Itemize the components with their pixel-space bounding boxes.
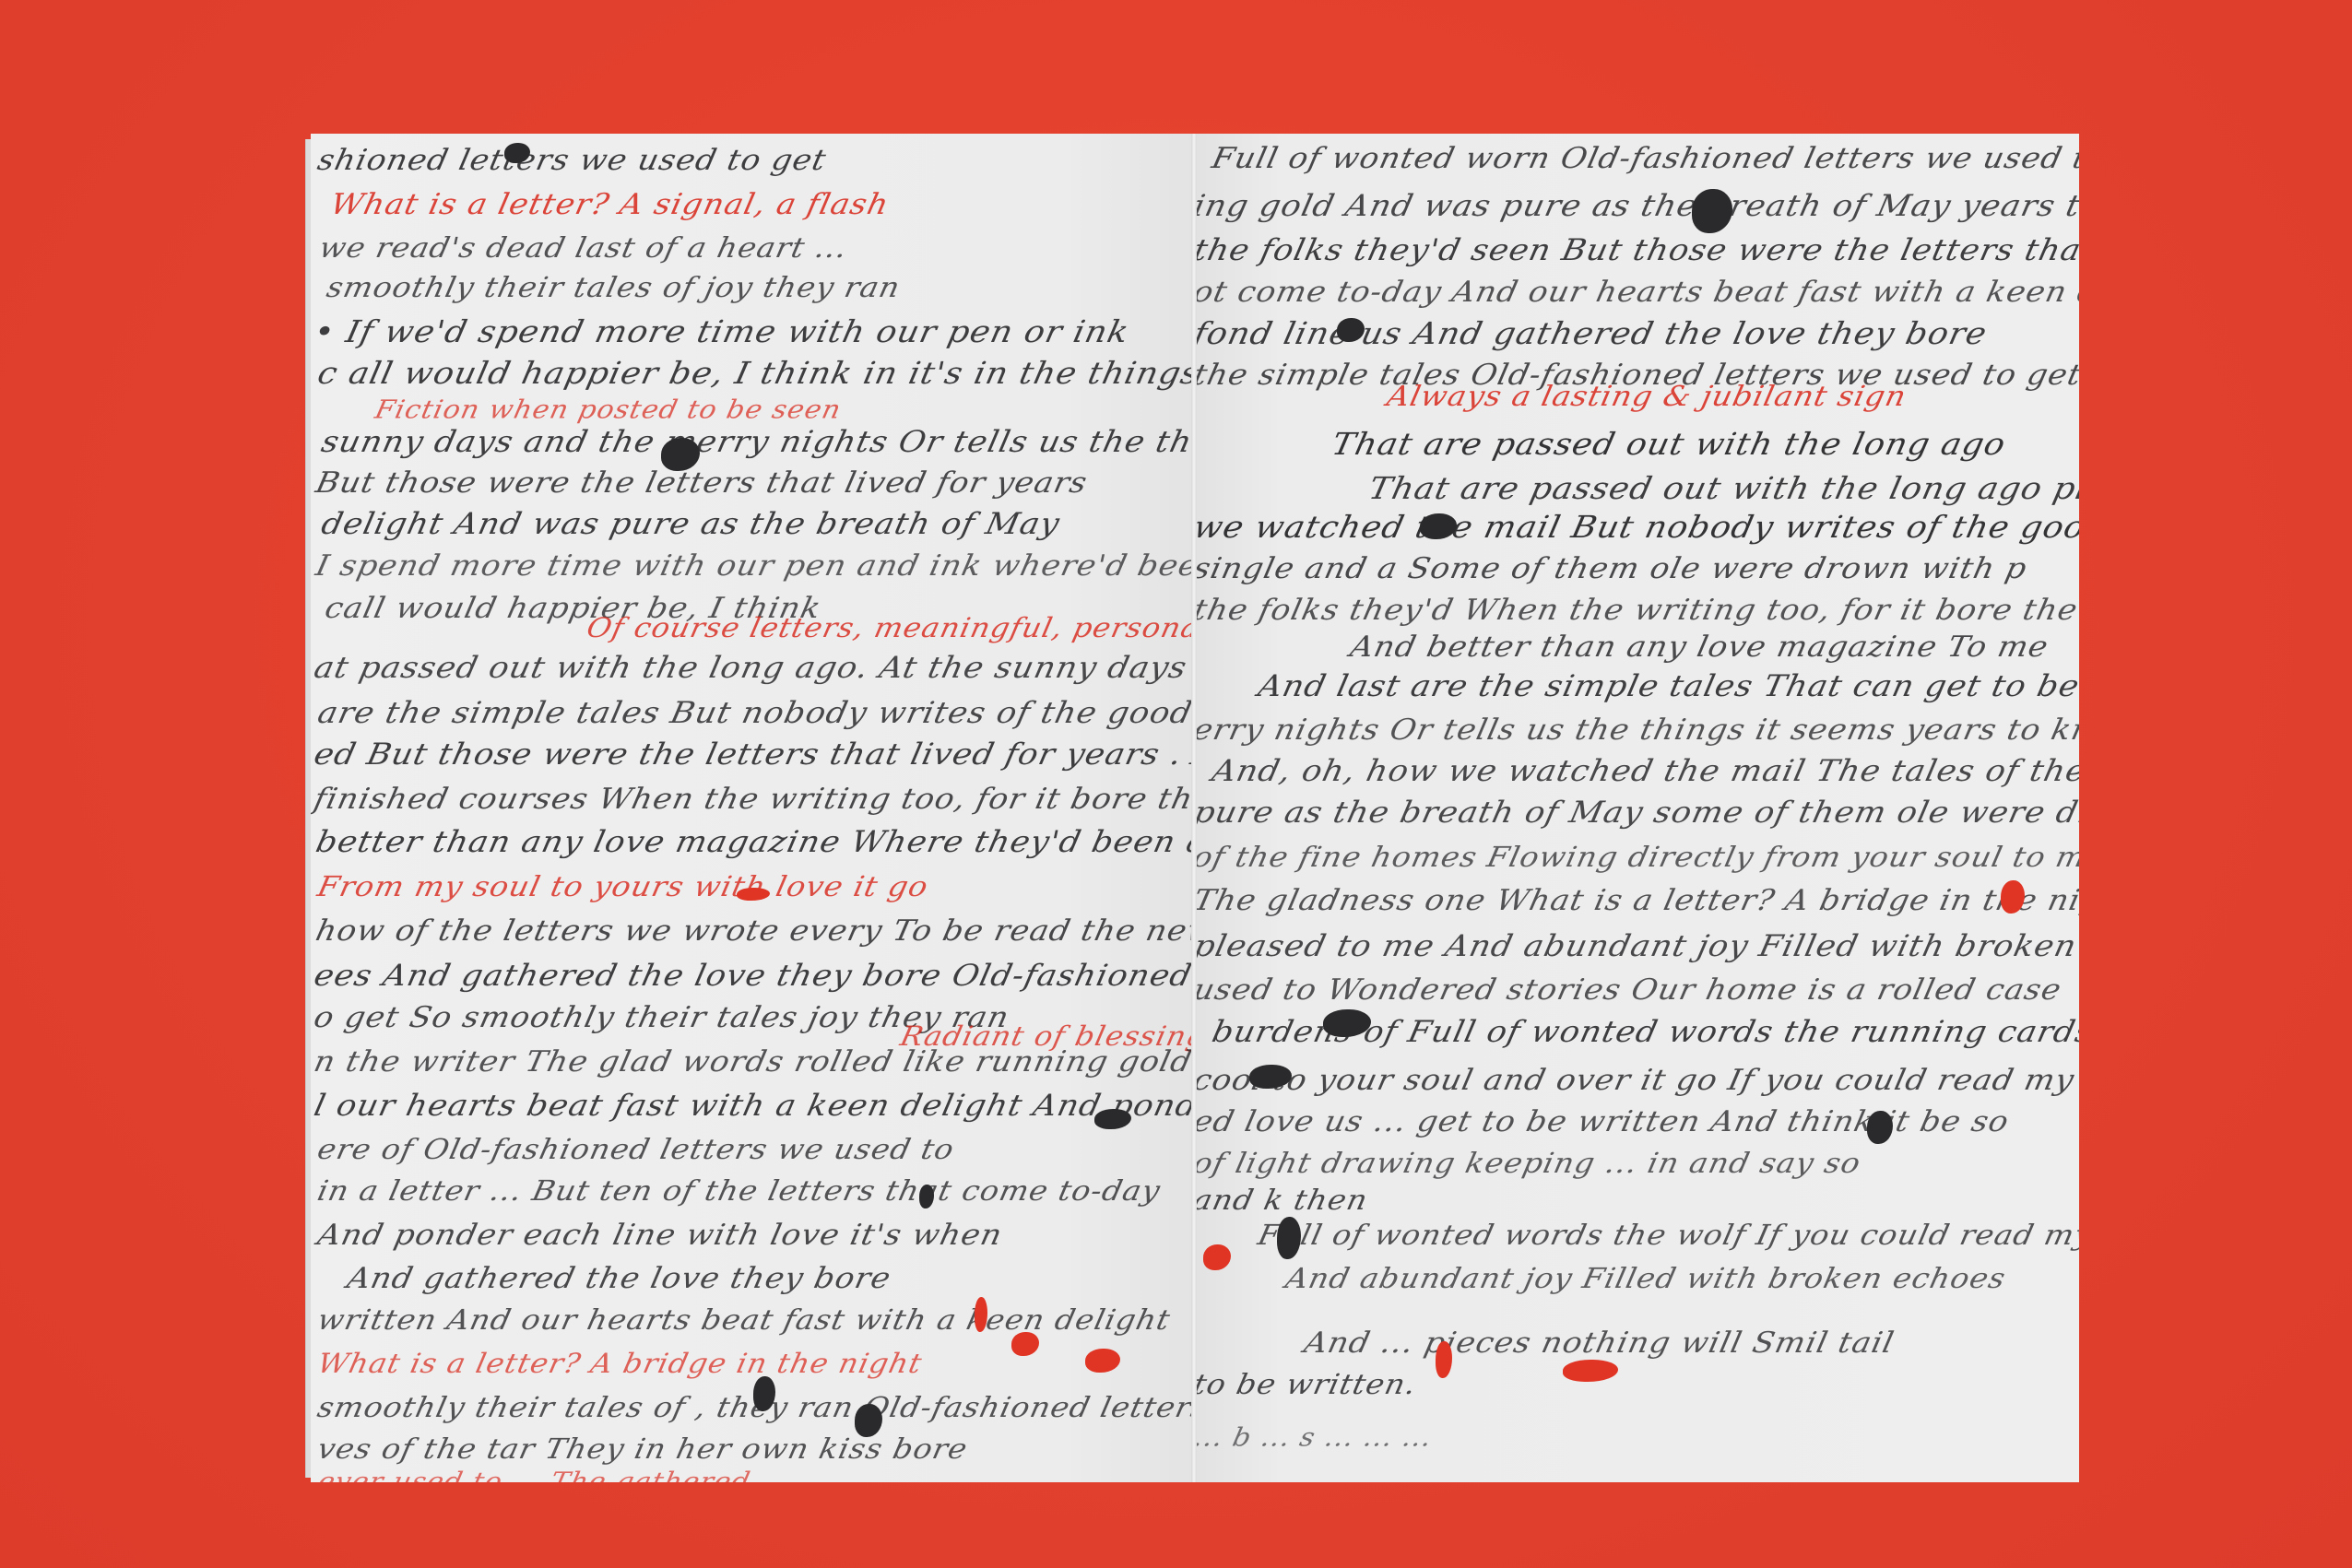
handwritten-line: single and a Some of them ole were drown… <box>1194 554 2030 583</box>
red-ink-blot <box>1563 1360 1618 1382</box>
black-ink-blot <box>1277 1217 1301 1259</box>
handwritten-line: the folks they'd When the writing too, f… <box>1194 595 2079 624</box>
handwritten-line: n the writer The glad words rolled like … <box>312 1047 1194 1076</box>
handwritten-line: ... b ... s ... ... ... <box>1194 1425 1435 1451</box>
handwritten-line: used to Wondered stories Our home is a r… <box>1194 975 2064 1004</box>
handwritten-line: better than any love magazine Where they… <box>313 828 1194 857</box>
left-page: shioned letters we used to getWhat is a … <box>311 134 1194 1482</box>
handwritten-line: What is a letter? A signal, a flash <box>328 190 892 218</box>
handwritten-line: l our hearts beat fast with a keen delig… <box>312 1091 1194 1121</box>
handwritten-line: And better than any love magazine To me <box>1348 632 2051 661</box>
handwritten-line: smoothly their tales of joy they ran <box>325 273 904 301</box>
handwritten-line: the folks they'd seen But those were the… <box>1194 236 2079 265</box>
handwritten-line: And ponder each line with love it's when <box>315 1220 1005 1249</box>
handwritten-line: we watched the mail But nobody writes of… <box>1194 513 2079 543</box>
handwritten-line: we read's dead last of a heart ... <box>317 233 850 261</box>
handwritten-line: What is a letter? A bridge in the night <box>315 1350 925 1376</box>
handwritten-line: Of course letters, meaningful, personal <box>585 614 1194 641</box>
handwritten-line: at passed out with the long ago. At the … <box>312 654 1194 683</box>
handwritten-line: And abundant joy Filled with broken echo… <box>1283 1264 2009 1291</box>
handwritten-line: Always a lasting & jubilant sign <box>1385 382 1909 409</box>
handwritten-line: written And our hearts beat fast with a … <box>315 1305 1174 1333</box>
handwritten-line: pleased to me And abundant joy Filled wi… <box>1194 932 2079 961</box>
handwritten-line: The gladness one What is a letter? A bri… <box>1194 886 2079 914</box>
handwritten-line: That are passed out with the long ago <box>1329 430 2008 460</box>
right-page: Full of wonted worn Old-fashioned letter… <box>1194 134 2079 1482</box>
red-ink-blot <box>1011 1332 1039 1356</box>
handwritten-line: Full of wonted words the wolf If you cou… <box>1256 1220 2079 1248</box>
center-gutter-fold <box>1191 134 1197 1482</box>
handwritten-line: I spend more time with our pen and ink w… <box>313 551 1194 580</box>
handwritten-line: to be written. <box>1194 1370 1419 1397</box>
handwritten-line: erry nights Or tells us the things it se… <box>1194 715 2079 744</box>
handwritten-line: of light drawing keeping ... in and say … <box>1194 1149 1863 1176</box>
handwritten-line: pure as the breath of May some of them o… <box>1194 798 2079 828</box>
handwritten-line: From my soul to yours with love it go <box>315 872 931 900</box>
handwritten-line: But those were the letters that lived fo… <box>313 468 1091 497</box>
red-ink-blot <box>1436 1341 1452 1378</box>
red-ink-blot <box>1203 1244 1231 1270</box>
handwritten-line: And gathered the love they bore <box>345 1264 894 1292</box>
black-ink-blot <box>1692 189 1732 233</box>
handwritten-line: are the simple tales But nobody writes o… <box>315 699 1194 728</box>
handwritten-line: ves of the tar They in her own kiss bore <box>315 1434 971 1462</box>
handwritten-line: sunny days and the merry nights Or tells… <box>319 428 1194 457</box>
handwritten-line: delight And was pure as the breath of Ma… <box>319 510 1063 539</box>
handwritten-line: Fiction when posted to be seen <box>372 397 844 423</box>
handwritten-line: cool to your soul and over it go If you … <box>1194 1066 2077 1094</box>
handwritten-line: of the fine homes Flowing directly from … <box>1194 843 2079 870</box>
handwritten-line: ere of Old-fashioned letters we used to <box>315 1135 957 1162</box>
handwritten-line: ing gold And was pure as the breath of M… <box>1194 192 2079 221</box>
handwritten-line: And, oh, how we watched the mail The tal… <box>1210 757 2079 786</box>
handwritten-line: ever used to ... The gathered <box>315 1469 752 1482</box>
handwritten-line: ot come to-day And our hearts beat fast … <box>1194 277 2079 306</box>
handwritten-line: Full of wonted worn Old-fashioned letter… <box>1210 144 2079 172</box>
handwritten-line: and k then <box>1194 1185 1371 1213</box>
handwritten-line: And ... pieces nothing will Smil tail <box>1302 1328 1897 1357</box>
handwritten-line: fond line us And gathered the love they … <box>1194 319 1990 349</box>
black-ink-blot <box>1867 1111 1893 1144</box>
handwritten-line: And last are the simple tales That can g… <box>1256 672 2079 701</box>
handwritten-line: ed But those were the letters that lived… <box>312 740 1194 770</box>
handwritten-line: ees And gathered the love they bore Old-… <box>312 961 1194 991</box>
red-ink-blot <box>1085 1349 1120 1373</box>
handwritten-line: finished courses When the writing too, f… <box>312 784 1194 813</box>
handwritten-line: • If we'd spend more time with our pen o… <box>311 317 1131 348</box>
handwritten-line: how of the letters we wrote every To be … <box>313 916 1194 945</box>
handwritten-line: shioned letters we used to get <box>315 146 829 174</box>
black-ink-blot <box>1094 1109 1131 1129</box>
handwritten-line: c all would happier be, I think in it's … <box>314 359 1194 389</box>
handwritten-line: in a letter ... But ten of the letters t… <box>315 1176 1164 1204</box>
open-booklet: shioned letters we used to getWhat is a … <box>311 134 2079 1482</box>
handwritten-line: That are passed out with the long ago pl… <box>1365 474 2079 504</box>
